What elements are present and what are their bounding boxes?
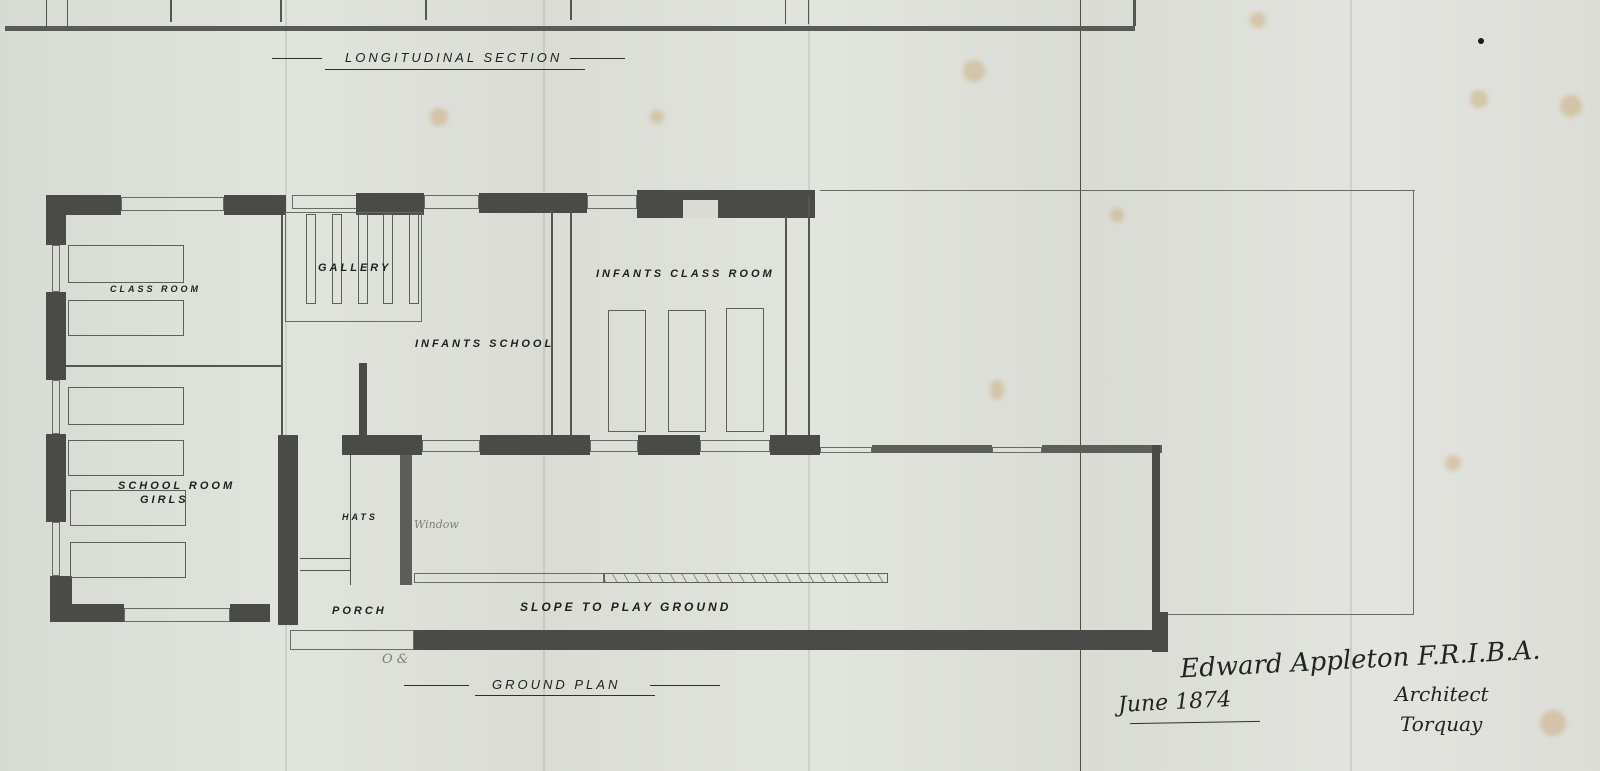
wall <box>342 435 422 455</box>
partition <box>281 215 283 435</box>
wall <box>1152 445 1160 620</box>
label-school-room: SCHOOL ROOM <box>118 480 235 492</box>
section-line <box>67 0 68 28</box>
wall <box>414 630 1168 650</box>
stain <box>1110 208 1124 222</box>
desk-row <box>68 440 184 476</box>
wall <box>230 604 270 622</box>
window <box>422 440 480 452</box>
signature-place: Torquay <box>1400 712 1482 736</box>
wall-line <box>808 195 810 440</box>
fold-line <box>1080 0 1081 771</box>
partition-wall <box>400 455 412 585</box>
desk-column <box>668 310 706 432</box>
label-porch: PORCH <box>332 605 387 617</box>
window <box>124 608 230 622</box>
title-underline <box>325 69 585 70</box>
gallery-bench <box>358 214 368 304</box>
porch-step <box>290 630 414 650</box>
desk-row <box>68 245 184 283</box>
desk-row <box>68 300 184 336</box>
window <box>992 447 1042 453</box>
section-post <box>425 0 427 20</box>
label-slope: SLOPE TO PLAY GROUND <box>520 600 731 614</box>
section-line <box>785 0 786 24</box>
wall-line <box>785 215 787 435</box>
desk-column <box>726 308 764 432</box>
section-end-wall <box>1133 0 1136 26</box>
partition <box>570 210 572 435</box>
wall <box>872 445 992 453</box>
ink-dot <box>1478 38 1484 44</box>
label-hats: HATS <box>342 512 378 522</box>
label-class-room: CLASS ROOM <box>110 284 201 294</box>
plan-title: GROUND PLAN <box>492 677 620 692</box>
stain <box>650 110 664 124</box>
stain <box>963 60 985 82</box>
signature-role: Architect <box>1395 682 1489 706</box>
title-rule <box>570 58 625 59</box>
title-rule <box>650 685 720 686</box>
window <box>424 195 479 209</box>
section-post <box>280 0 282 22</box>
wall <box>770 435 820 455</box>
fireplace-recess <box>683 200 718 218</box>
pencil-note: Window <box>414 518 459 531</box>
gallery-bench <box>332 214 342 304</box>
wall <box>50 604 124 622</box>
drawing-sheet: LONGITUDINAL SECTION <box>0 0 1600 771</box>
date-underline <box>1130 721 1260 724</box>
wall <box>480 435 590 455</box>
wall <box>1042 445 1162 453</box>
label-girls: GIRLS <box>140 494 189 506</box>
desk-row <box>68 387 184 425</box>
window <box>590 440 638 452</box>
wall <box>46 434 66 522</box>
gallery-bench <box>383 214 393 304</box>
stain <box>1250 12 1266 28</box>
window <box>820 447 872 453</box>
section-ground-line <box>5 26 1135 31</box>
wall <box>359 363 367 435</box>
window <box>52 380 60 434</box>
section-line <box>808 0 809 24</box>
wall <box>46 292 66 380</box>
window <box>52 245 60 292</box>
signature-date: June 1874 <box>1117 687 1231 718</box>
wall <box>224 195 286 215</box>
shelf-line <box>300 558 350 559</box>
ramp <box>414 573 604 583</box>
window <box>52 522 60 576</box>
window <box>587 195 637 209</box>
stain <box>990 380 1004 400</box>
label-infants-school: INFANTS SCHOOL <box>415 338 554 350</box>
stain <box>1540 710 1566 736</box>
fold-line <box>285 0 287 771</box>
gallery-bench <box>409 214 419 304</box>
stain <box>1470 90 1488 108</box>
gallery-bench <box>306 214 316 304</box>
window <box>700 440 770 452</box>
architect-signature: Edward Appleton F.R.I.B.A. <box>1179 636 1541 685</box>
pencil-mark: O & <box>382 652 408 667</box>
outline <box>820 190 1415 191</box>
title-rule <box>404 685 469 686</box>
stain <box>430 108 448 126</box>
partition <box>551 210 553 435</box>
title-rule <box>272 58 322 59</box>
label-gallery: GALLERY <box>318 262 391 274</box>
stain <box>1445 455 1461 471</box>
fold-line <box>543 0 545 771</box>
outline <box>1168 614 1414 615</box>
window <box>121 197 224 211</box>
wall <box>46 195 66 245</box>
desk-row <box>70 542 186 578</box>
section-line <box>46 0 47 28</box>
desk-column <box>608 310 646 432</box>
wall <box>278 435 298 625</box>
label-infants-class-room: INFANTS CLASS ROOM <box>596 268 775 280</box>
partition <box>66 365 281 367</box>
stain <box>1560 95 1582 117</box>
section-title: LONGITUDINAL SECTION <box>345 50 562 65</box>
wall <box>638 435 700 455</box>
section-post <box>570 0 572 20</box>
ramp-hatched <box>604 573 888 583</box>
shelf-line <box>300 570 350 571</box>
window <box>292 195 357 209</box>
outline <box>1413 190 1414 615</box>
wall <box>637 190 815 218</box>
title-underline <box>475 695 655 696</box>
section-post <box>170 0 172 22</box>
